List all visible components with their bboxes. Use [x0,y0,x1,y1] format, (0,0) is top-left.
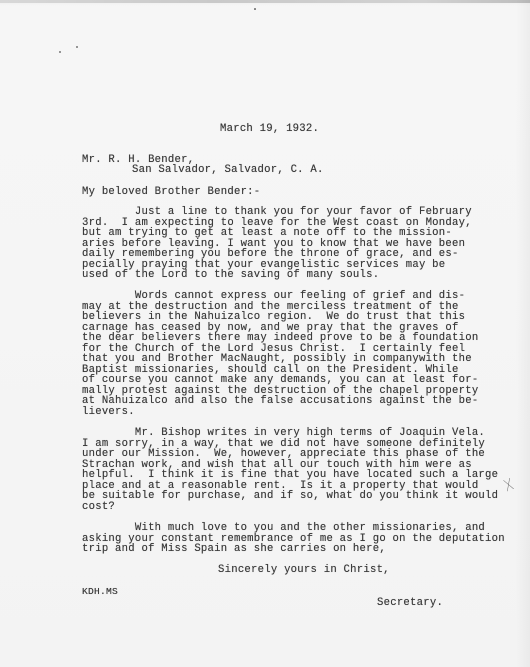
paragraph-line: Just a line to thank you for your favor … [82,207,472,218]
paragraph-line: With much love to you and the other miss… [82,523,485,534]
paragraph-line: Mr. Bishop writes in very high terms of … [82,428,485,439]
paragraph-line: cost? [82,502,115,513]
paragraph-line: lievers. [82,407,135,418]
letter-page: March 19, 1932. Mr. R. H. Bender, San Sa… [0,0,530,667]
letter-date: March 19, 1932. [220,124,319,135]
paragraph-line: trip and of Miss Spain as she carries on… [82,544,386,555]
paper-top-edge [0,0,530,3]
paper-speck [59,51,61,53]
paragraph-line: be suitable for purchase, and if so, wha… [82,491,498,502]
paper-speck [254,8,256,10]
signature-title: Secretary. [377,598,443,609]
paragraph-line: daily remembering you before the throne … [82,249,459,260]
paragraph-line: under our Mission. We, however, apprecia… [82,449,485,460]
recipient-address: San Salvador, Salvador, C. A. [132,165,324,176]
margin-mark-icon: ᚷ [503,477,515,494]
paragraph-line: that you and Brother MacNaught, possibly… [82,354,472,365]
paragraph-line: used of the Lord to the saving of many s… [82,270,379,281]
paper-speck [76,46,78,48]
paper-right-shadow [516,0,530,667]
paragraph-line: believers in the Nahuizalco region. We d… [82,312,465,323]
paragraph-line: helpful. I think it is fine that you hav… [82,470,498,481]
paragraph-line: at Nahuizalco and also the false accusat… [82,396,478,407]
salutation: My beloved Brother Bender:- [82,187,260,198]
paragraph-line: the dear believers there may indeed prov… [82,333,478,344]
paragraph-line: but am trying to get at least a note off… [82,228,452,239]
closing: Sincerely yours in Christ, [218,565,390,576]
paragraph-line: Words cannot express our feeling of grie… [82,291,465,302]
initials: KDH.MS [82,587,118,598]
paragraph-line: of course you cannot make any demands, y… [82,375,478,386]
